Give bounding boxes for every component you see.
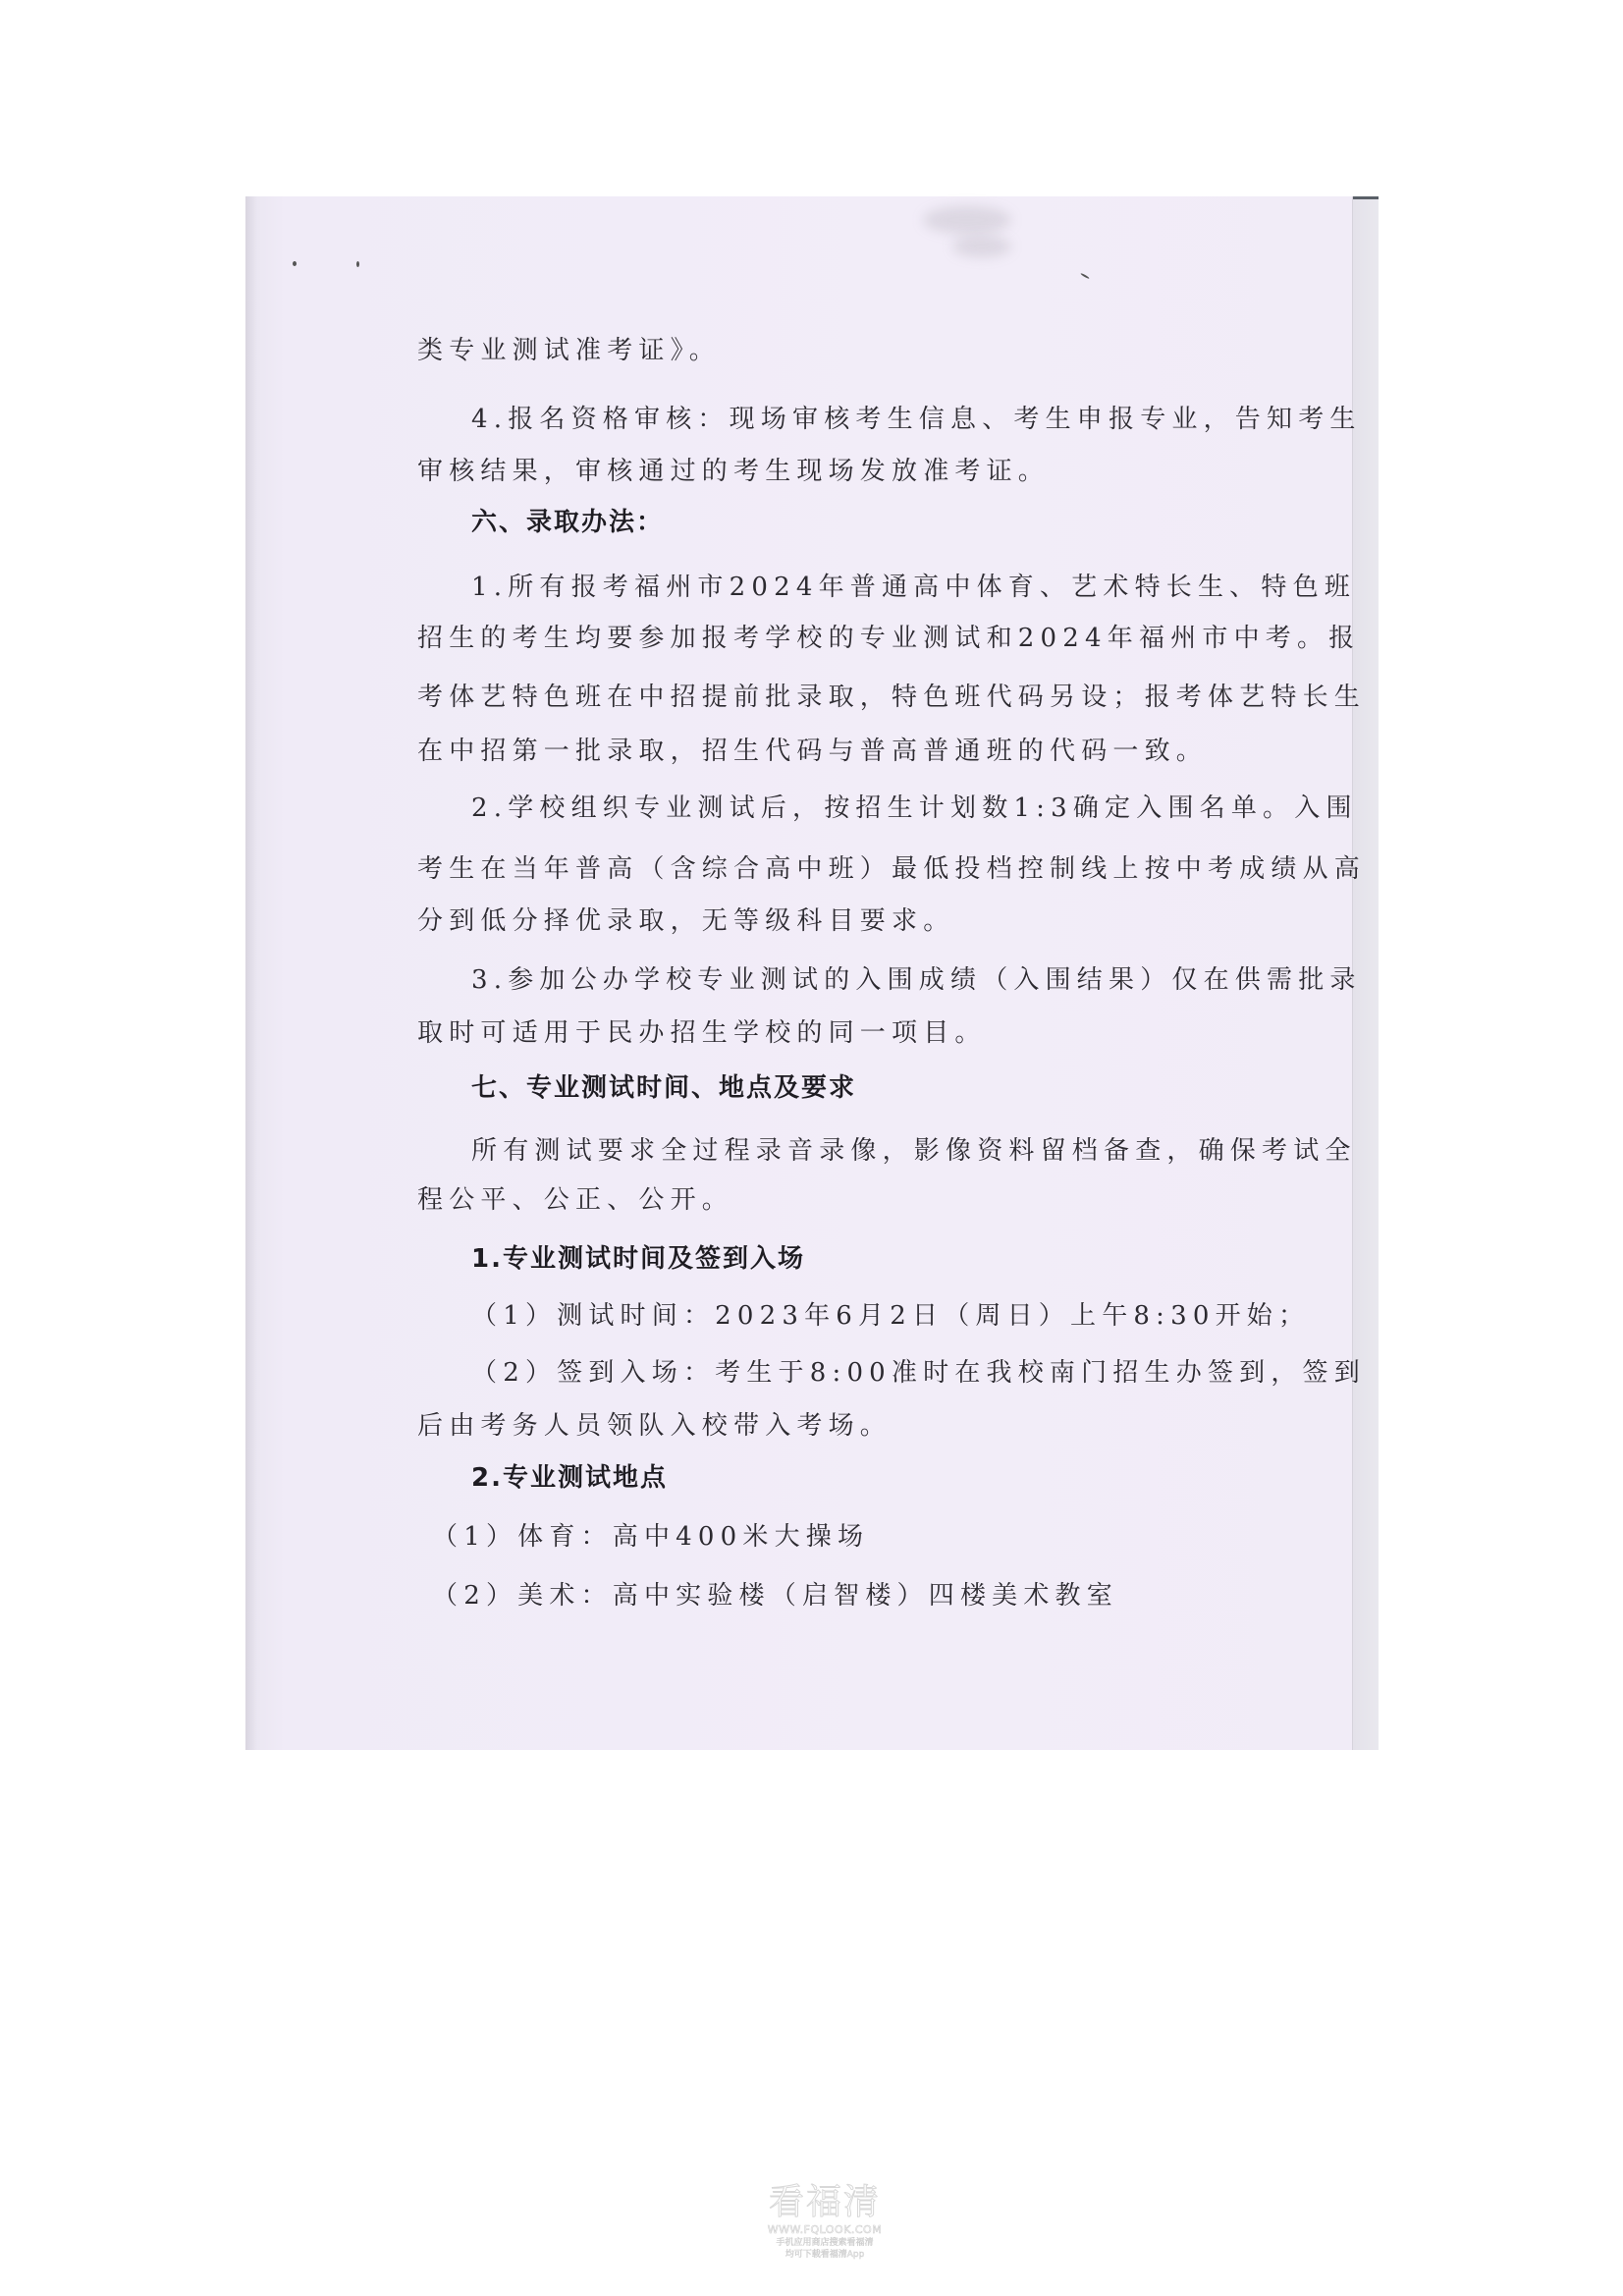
text-line: （2）美术：高中实验楼（启智楼）四楼美术教室 — [432, 1580, 1118, 1612]
watermark-url: WWW.FQLOOK.COM — [741, 2223, 908, 2237]
text-line: 程公平、公正、公开。 — [417, 1184, 733, 1216]
text-line: 所有测试要求全过程录音录像，影像资料留档备查，确保考试全 — [471, 1135, 1357, 1167]
watermark-logo: 看福清 — [741, 2182, 908, 2223]
scan-smudge — [952, 236, 1011, 257]
text-line: 招生的考生均要参加报考学校的专业测试和2024年福州市中考。报 — [417, 623, 1360, 654]
text-line: 分到低分择优录取，无等级科目要求。 — [417, 905, 954, 937]
scan-speck — [1080, 273, 1090, 280]
watermark-tip: 均可下载看福清App — [741, 2249, 908, 2261]
text-line: （1）体育：高中400米大操场 — [432, 1521, 869, 1553]
subsection-heading: 2.专业测试地点 — [471, 1462, 668, 1494]
section-heading: 六、录取办法： — [471, 507, 664, 538]
scan-edge-mark — [1353, 196, 1379, 199]
text-line: （1）测试时间：2023年6月2日（周日）上午8:30开始； — [471, 1300, 1310, 1332]
subsection-heading: 1.专业测试时间及签到入场 — [471, 1243, 805, 1275]
text-line: 取时可适用于民办招生学校的同一项目。 — [417, 1017, 987, 1049]
text-line: 2.学校组织专业测试后，按招生计划数1:3确定入围名单。入围 — [471, 793, 1358, 824]
text-line: 审核结果，审核通过的考生现场发放准考证。 — [417, 456, 1050, 487]
text-line: 后由考务人员领队入校带入考场。 — [417, 1410, 892, 1442]
text-line: 3.参加公办学校专业测试的入围成绩（入围结果）仅在供需批录 — [471, 964, 1362, 996]
text-line: 4.报名资格审核：现场审核考生信息、考生申报专业，告知考生 — [471, 404, 1362, 435]
text-line: 考体艺特色班在中招提前批录取，特色班代码另设；报考体艺特长生 — [417, 682, 1366, 713]
text-line: 考生在当年普高（含综合高中班）最低投档控制线上按中考成绩从高 — [417, 853, 1366, 885]
text-line: 1.所有报考福州市2024年普通高中体育、艺术特长生、特色班 — [471, 572, 1356, 603]
site-watermark: 看福清 WWW.FQLOOK.COM 手机应用商店搜索看福清 均可下载看福清Ap… — [741, 2182, 908, 2261]
text-line: 在中招第一批录取，招生代码与普高普通班的代码一致。 — [417, 736, 1208, 767]
scan-smudge — [923, 206, 1011, 234]
text-line: （2）签到入场：考生于8:00准时在我校南门招生办签到，签到 — [471, 1357, 1366, 1389]
watermark-tip: 手机应用商店搜索看福清 — [741, 2237, 908, 2249]
scan-speck — [293, 261, 297, 266]
text-line: 类专业测试准考证》。 — [417, 335, 721, 366]
section-heading: 七、专业测试时间、地点及要求 — [471, 1072, 856, 1104]
scan-speck — [356, 261, 359, 267]
